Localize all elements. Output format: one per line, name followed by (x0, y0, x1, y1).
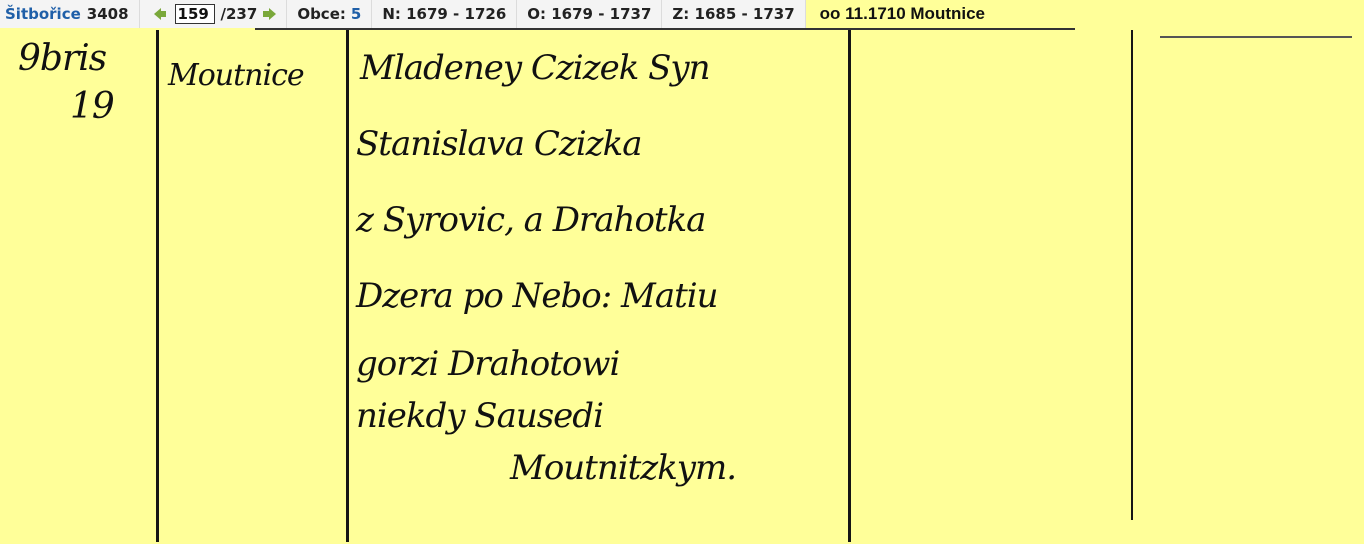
deaths-range: Z: 1685 - 1737 (662, 0, 805, 28)
entry-line: niekdy Sausedi (356, 396, 603, 436)
record-toolbar: Šitbořice 3408 /237 Obce: 5 N: 1679 - 17… (0, 0, 999, 28)
obce-segment: Obce: 5 (287, 0, 372, 28)
obce-label: Obce: (297, 5, 346, 23)
arrow-left-icon[interactable] (154, 8, 161, 20)
births-range: N: 1679 - 1726 (372, 0, 517, 28)
entry-date-number: 19 (70, 86, 114, 127)
parish-name-link[interactable]: Šitbořice (5, 5, 81, 23)
obce-value-link[interactable]: 5 (351, 5, 361, 23)
top-rule (255, 28, 1075, 30)
page-number-input[interactable] (175, 4, 215, 24)
record-info: oo 11.1710 Moutnice (806, 0, 999, 28)
column-divider (156, 30, 159, 542)
parish-code: 3408 (87, 5, 129, 23)
entry-line: Stanislava Czizka (356, 124, 641, 164)
parish-segment: Šitbořice 3408 (0, 0, 140, 28)
register-scan-image: 9bris 19 Moutnice Mladeney Czizek Syn St… (0, 28, 1364, 544)
entry-line: Mladeney Czizek Syn (360, 48, 710, 88)
entry-line: Dzera po Nebo: Matiu (356, 276, 718, 316)
entry-line: Moutnitzkym. (510, 448, 736, 488)
entry-line: z Syrovic, a Drahotka (356, 200, 705, 240)
page-navigator: /237 (140, 0, 288, 28)
column-divider (848, 30, 851, 542)
column-divider (346, 30, 349, 542)
marriages-range: O: 1679 - 1737 (517, 0, 662, 28)
arrow-right-icon[interactable] (269, 8, 276, 20)
entry-date-day: 9bris (18, 38, 106, 79)
top-rule-right (1160, 36, 1352, 38)
entry-place: Moutnice (168, 58, 304, 93)
column-divider (1131, 30, 1133, 520)
total-pages: /237 (221, 5, 258, 23)
entry-line: gorzi Drahotowi (356, 344, 619, 384)
